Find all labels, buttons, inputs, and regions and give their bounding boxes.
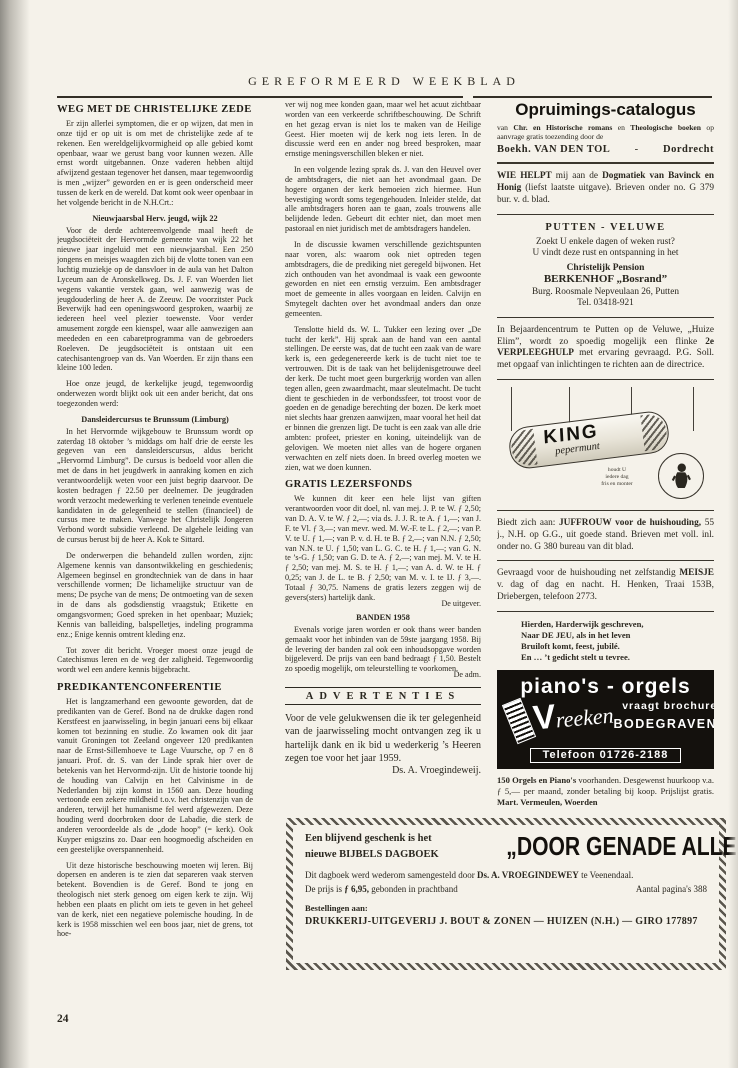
ad-line: BERKENHOF „Bosrand” — [497, 273, 714, 285]
ad-title: PUTTEN - VELUWE — [497, 222, 714, 233]
ad-line: Burg. Roosmale Nepveulaan 26, Putten — [497, 287, 714, 299]
advertenties-header: ADVERTENTIES — [285, 687, 481, 705]
ad-title: piano's - orgels — [505, 675, 706, 698]
vreeken-brand: Vreeken — [532, 696, 615, 737]
bookshop-city: Dordrecht — [663, 144, 714, 155]
newspaper-page: GEREFORMEERD WEEKBLAD WEG MET DE CHRISTE… — [0, 0, 738, 1068]
intro-line: nieuwe BIJBELS DAGBOEK — [305, 849, 439, 860]
ad-line: Tel. 03418-921 — [497, 298, 714, 310]
ad-divider — [497, 214, 714, 215]
paragraph: Voor de derde achtereenvolgende maal hee… — [57, 226, 253, 374]
ad-divider — [497, 510, 714, 511]
bottom-ad-intro: Een blijvend geschenk is het nieuwe BIJB… — [305, 831, 495, 862]
ad-gedicht-de-jeu: Hierden, Harderwijk geschreven,Naar DE J… — [521, 619, 714, 663]
article-title-christelijke-zede: WEG MET DE CHRISTELIJKE ZEDE — [57, 104, 253, 115]
page-number: 24 — [57, 1013, 69, 1025]
intro-line: Een blijvend geschenk is het — [305, 833, 432, 844]
bottom-ad-detail: Dit dagboek werd wederom samengesteld do… — [305, 870, 707, 880]
ad-line: U vindt deze rust en ontspanning in het — [497, 248, 714, 260]
ad-bijbels-dagboek: Een blijvend geschenk is het nieuwe BIJB… — [286, 818, 726, 970]
ad-divider — [497, 379, 714, 380]
subhead-dansleidercursus: Dansleidercursus te Brunssum (Limburg) — [57, 415, 253, 424]
paragraph: In het Hervormde wijkgebouw te Brunssum … — [57, 427, 253, 545]
ad-wie-helpt: WIE HELPT mij aan de Dogmatiek van Bavin… — [497, 171, 714, 206]
piano-ad-row: Vreeken vraagt brochure BODEGRAVEN — [505, 700, 706, 742]
masthead-rule — [57, 96, 712, 98]
paragraph: Tot zover dit bericht. Vroeger moest onz… — [57, 646, 253, 676]
bottom-ad-headline: „DOOR GENADE ALLEEN” — [506, 831, 738, 862]
king-peppermint-roll: KING pepermunt — [507, 409, 671, 470]
paragraph: Het is langzamerhand een gewoonte geword… — [57, 697, 253, 855]
subhead-nieuwjaarsbal: Nieuwjaarsbal Herv. jeugd, wijk 22 — [57, 214, 253, 223]
ad-subtitle: van Chr. en Historische romans en Theolo… — [497, 123, 714, 141]
section-title-gratis-lezersfonds: GRATIS LEZERSFONDS — [285, 479, 481, 490]
publisher-line: DRUKKERIJ-UITGEVERIJ J. BOUT & ZONEN — H… — [305, 916, 707, 927]
ad-divider — [497, 162, 714, 164]
paragraph: ver wij nog mee konden gaan, maar wel he… — [285, 100, 481, 159]
ad-divider — [497, 317, 714, 318]
piano-ad-right: vraagt brochure BODEGRAVEN — [614, 700, 715, 731]
king-boy-logo-icon — [658, 453, 704, 499]
paragraph: In een volgende lezing sprak ds. J. van … — [285, 165, 481, 234]
masthead-title: GEREFORMEERD WEEKBLAD — [60, 74, 708, 89]
ad-bookshop-line: Boekh. VAN DEN TOL - Dordrecht — [497, 144, 714, 155]
ad-line: Christelijk Pension — [497, 263, 714, 273]
paragraph: Tenslotte hield ds. W. L. Tukker een lez… — [285, 325, 481, 473]
bookshop-name: Boekh. VAN DEN TOL — [497, 144, 610, 155]
ad-pension-berkenhof: PUTTEN - VELUWE Zoekt U enkele dagen of … — [497, 222, 714, 310]
orders-label: Bestellingen aan: — [305, 903, 707, 913]
article-title-predikantenconferentie: PREDIKANTENCONFERENTIE — [57, 682, 253, 693]
ad-cta: vraagt brochure — [614, 700, 715, 712]
signature-vroegindeweij: Ds. A. Vroegindeweij. — [285, 765, 481, 776]
phone-line: Telefoon 01726-2188 — [505, 745, 706, 763]
king-slogan: houdt Uiedere dagfris en monter — [585, 467, 649, 488]
thanks-ad-text: Voor de vele gelukwensen die ik ter gele… — [285, 712, 481, 765]
price-text: De prijs is ƒ 6,95, gebonden in prachtba… — [305, 884, 458, 894]
ad-huize-elim: In Bejaardencentrum te Putten op de Velu… — [497, 325, 714, 372]
hang-line — [511, 387, 512, 431]
ad-meisje: Gevraagd voor de huishouding net zelfsta… — [497, 568, 714, 603]
boy-figure-icon — [666, 461, 696, 491]
paragraph: Uit deze historische beschouwing moeten … — [57, 861, 253, 940]
ad-king-pepermunt: KING pepermunt houdt Uiedere dagfris en … — [497, 387, 714, 503]
paragraph: De onderwerpen die behandeld zullen word… — [57, 551, 253, 640]
dash: - — [635, 144, 639, 155]
hang-line — [693, 387, 694, 431]
ad-juffrouw: Biedt zich aan: JUFFROUW voor de huishou… — [497, 518, 714, 553]
ad-divider — [497, 611, 714, 612]
ad-city: BODEGRAVEN — [614, 717, 715, 731]
ad-opruimings-catalogus: Opruimings-catalogus van Chr. en Histori… — [497, 100, 714, 155]
ad-vermeulen-orgels: 150 Orgels en Piano's voorhanden. Desgew… — [497, 775, 714, 808]
paragraph: We kunnen dit keer een hele lijst van gi… — [285, 494, 481, 602]
right-column-ads: Opruimings-catalogus van Chr. en Histori… — [497, 100, 714, 816]
middle-column: ver wij nog mee konden gaan, maar wel he… — [285, 100, 481, 814]
phone-number: Telefoon 01726-2188 — [530, 748, 682, 763]
page-count: Aantal pagina's 388 — [636, 884, 707, 894]
bottom-ad-top: Een blijvend geschenk is het nieuwe BIJB… — [305, 831, 707, 862]
paragraph: In de discussie kwamen verschillende gez… — [285, 240, 481, 319]
ad-piano-orgels-vreeken: piano's - orgels Vreeken vraagt brochure… — [497, 670, 714, 769]
ad-title: Opruimings-catalogus — [497, 100, 714, 120]
ad-line: Zoekt U enkele dagen of weken rust? — [497, 237, 714, 249]
left-column: WEG MET DE CHRISTELIJKE ZEDE Er zijn all… — [57, 100, 253, 1012]
paragraph: Evenals vorige jaren worden er ook thans… — [285, 625, 481, 674]
section-title-banden-1958: BANDEN 1958 — [285, 613, 481, 622]
bottom-ad-price-row: De prijs is ƒ 6,95, gebonden in prachtba… — [305, 884, 707, 894]
paragraph: Hoe onze jeugd, de kerkelijke jeugd, teg… — [57, 379, 253, 409]
paragraph: Er zijn allerlei symptomen, die er op wi… — [57, 119, 253, 208]
ad-divider — [497, 560, 714, 561]
